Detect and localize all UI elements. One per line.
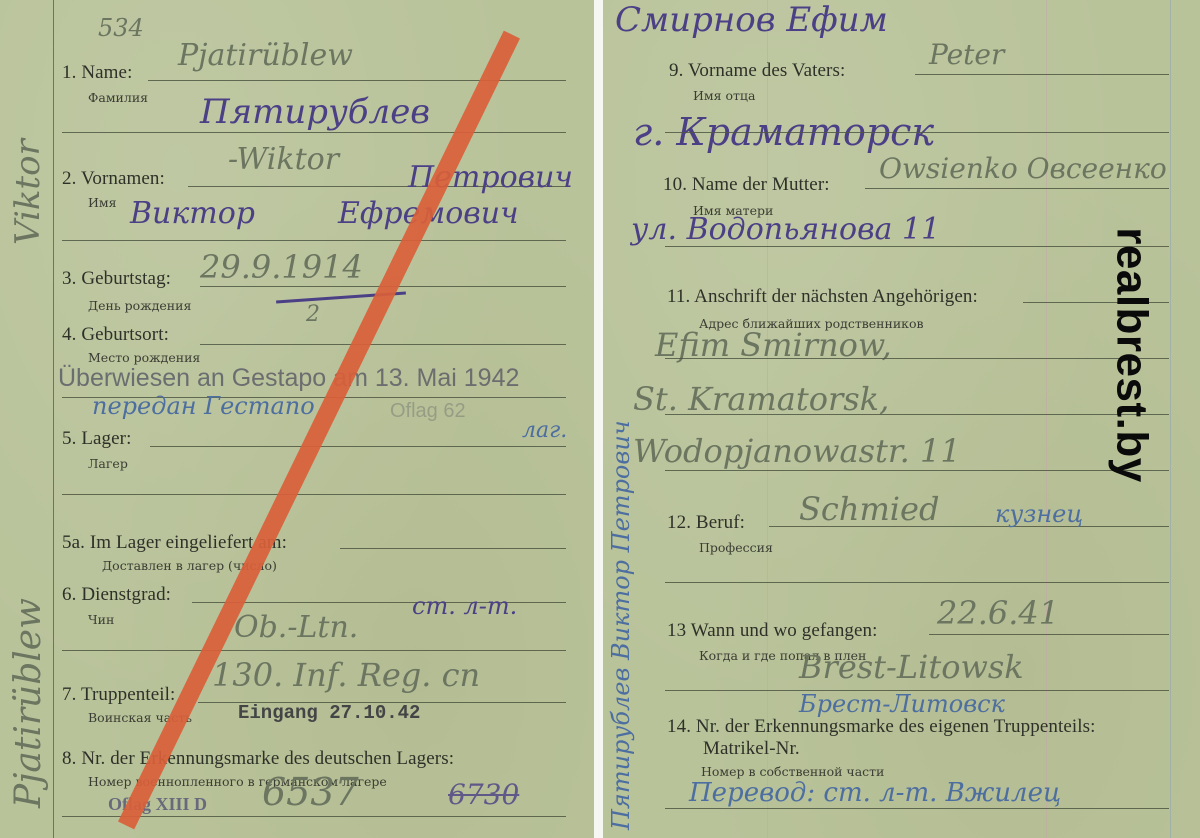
margin-note-bottom: Pjatirüblew [8, 598, 49, 808]
faint-rule [1046, 0, 1047, 838]
field-label-vater: Vorname des Vaters: [688, 60, 845, 81]
first-name-latin-value: -Wiktor [228, 142, 339, 177]
field-label-mutter: Name der Mutter: [692, 174, 830, 195]
pow-number-value: 6537 [262, 770, 359, 814]
field-label-ru-profession: Профессия [699, 540, 773, 555]
name-latin-value: Pjatirüblew [178, 38, 353, 73]
pow-number-struck-value: 6730 [448, 778, 519, 811]
field-label-truppenteil: Truppenteil: [81, 684, 175, 705]
margin-note: Пятирублев Виктор Петрович [607, 420, 635, 830]
field-number: 5a. [62, 532, 85, 553]
address-line-3: Wodopjanowastr. 11 [633, 432, 961, 470]
mother-name-value: Owsienko Овсеенко [879, 152, 1167, 185]
capture-place-value: Brest-Litowsk [799, 648, 1024, 686]
corner-number: 534 [98, 14, 144, 42]
field-label-vornamen: Vornamen: [81, 168, 165, 189]
watermark-text: realbrest.by [1107, 227, 1157, 482]
name-cyrillic-value: Пятирублев [200, 92, 430, 132]
field-number: 11. [667, 286, 690, 307]
address-line-2: St. Kramatorsk, [633, 380, 889, 418]
field-number: 14. [667, 716, 691, 737]
field-label-eigene-erkennungsmarke: Nr. der Erkennungsmarke des eigenen Trup… [696, 716, 1096, 737]
field-number: 8. [62, 748, 76, 769]
entry-line [62, 240, 566, 241]
unit-number-value: Перевод: ст. л-т. Вжилец [689, 778, 1061, 808]
lager-value: лаг. [522, 418, 567, 443]
field-number: 7. [62, 684, 76, 705]
entry-line [150, 446, 566, 447]
first-name-cyrillic-value: Виктор [130, 196, 255, 231]
entry-line [200, 344, 566, 345]
birthdate-note: 2 [306, 302, 320, 327]
entry-line [62, 494, 566, 495]
margin-note-top: Viktor [8, 139, 48, 245]
field-label-dienstgrad: Dienstgrad: [81, 584, 171, 605]
field-number: 5. [62, 428, 76, 449]
eingang-stamp: Eingang 27.10.42 [238, 702, 420, 724]
field-label-matrikel: Matrikel-Nr. [703, 738, 800, 760]
field-label-lager: Lager: [81, 428, 131, 449]
entry-line [915, 74, 1169, 75]
unit-value: 130. Inf. Reg. сп [212, 656, 480, 694]
left-card: 534 Viktor Pjatirüblew 1. Name: Фамилия … [0, 0, 594, 838]
field-label-geburtsort: Geburtsort: [81, 324, 169, 345]
field-label-ru-rank: Чин [88, 612, 114, 627]
top-note: Смирнов Ефим [615, 0, 888, 40]
field-label-ru-imya: Имя [88, 195, 117, 210]
oflag-faint-stamp: Oflag 62 [390, 400, 466, 423]
field-number: 9. [669, 60, 683, 81]
entry-line [665, 132, 1169, 133]
entry-line [62, 132, 566, 133]
profession-value: Schmied [799, 490, 939, 528]
entry-line [340, 548, 566, 549]
margin-rule [53, 0, 54, 838]
entry-line [865, 188, 1169, 189]
field-label-ru-name: Фамилия [88, 90, 148, 105]
capture-date-value: 22.6.41 [937, 594, 1059, 632]
rank-cyrillic-value: ст. л-т. [412, 592, 517, 620]
field-number: 4. [62, 324, 76, 345]
entry-line [148, 80, 566, 81]
father-name-value: Peter [929, 38, 1004, 71]
field-label-erkennungsmarke: Nr. der Erkennungsmarke des deutschen La… [81, 748, 454, 769]
page-seam [594, 0, 603, 838]
field-number: 13 [667, 620, 686, 641]
capture-place-cyrillic-value: Брест-Литовск [799, 690, 1005, 718]
field-number: 1. [62, 62, 76, 83]
field-number: 3. [62, 268, 76, 289]
entry-line [665, 582, 1169, 583]
entry-line [929, 634, 1169, 635]
field-number: 6. [62, 584, 76, 605]
entry-line [62, 650, 566, 651]
field-label-gefangen: Wann und wo gefangen: [691, 620, 878, 641]
field-label-anschrift: Anschrift der nächsten Angehörigen: [694, 286, 978, 307]
field-number: 2. [62, 168, 76, 189]
field-label-geburtstag: Geburtstag: [81, 268, 171, 289]
mother-extra-value: ул. Водопьянова 11 [631, 212, 940, 247]
field-number: 12. [667, 512, 691, 533]
rank-latin-value: Ob.-Ltn. [234, 610, 358, 645]
gestapo-transfer-handwritten: передан Гестапо [92, 392, 315, 420]
field-label-ru-birthplace: Место рождения [88, 350, 200, 365]
field-label-ru-lager: Лагер [88, 456, 128, 471]
birthdate-value: 29.9.1914 [200, 248, 363, 286]
watermark: realbrest.by [1092, 205, 1172, 505]
field-number: 10. [663, 174, 687, 195]
field-label-name: Name: [81, 62, 132, 83]
field-label-ru-birthday: День рождения [88, 298, 191, 313]
field-label-beruf: Beruf: [696, 512, 745, 533]
profession-cyrillic-value: кузнец [995, 500, 1083, 528]
field-label-ru-unit-number: Номер в собственной части [701, 764, 884, 779]
gestapo-transfer-stamp: Überwiesen an Gestapo am 13. Mai 1942 [58, 364, 519, 393]
entry-line [665, 808, 1169, 809]
field-label-ru-father: Имя отца [693, 88, 755, 103]
